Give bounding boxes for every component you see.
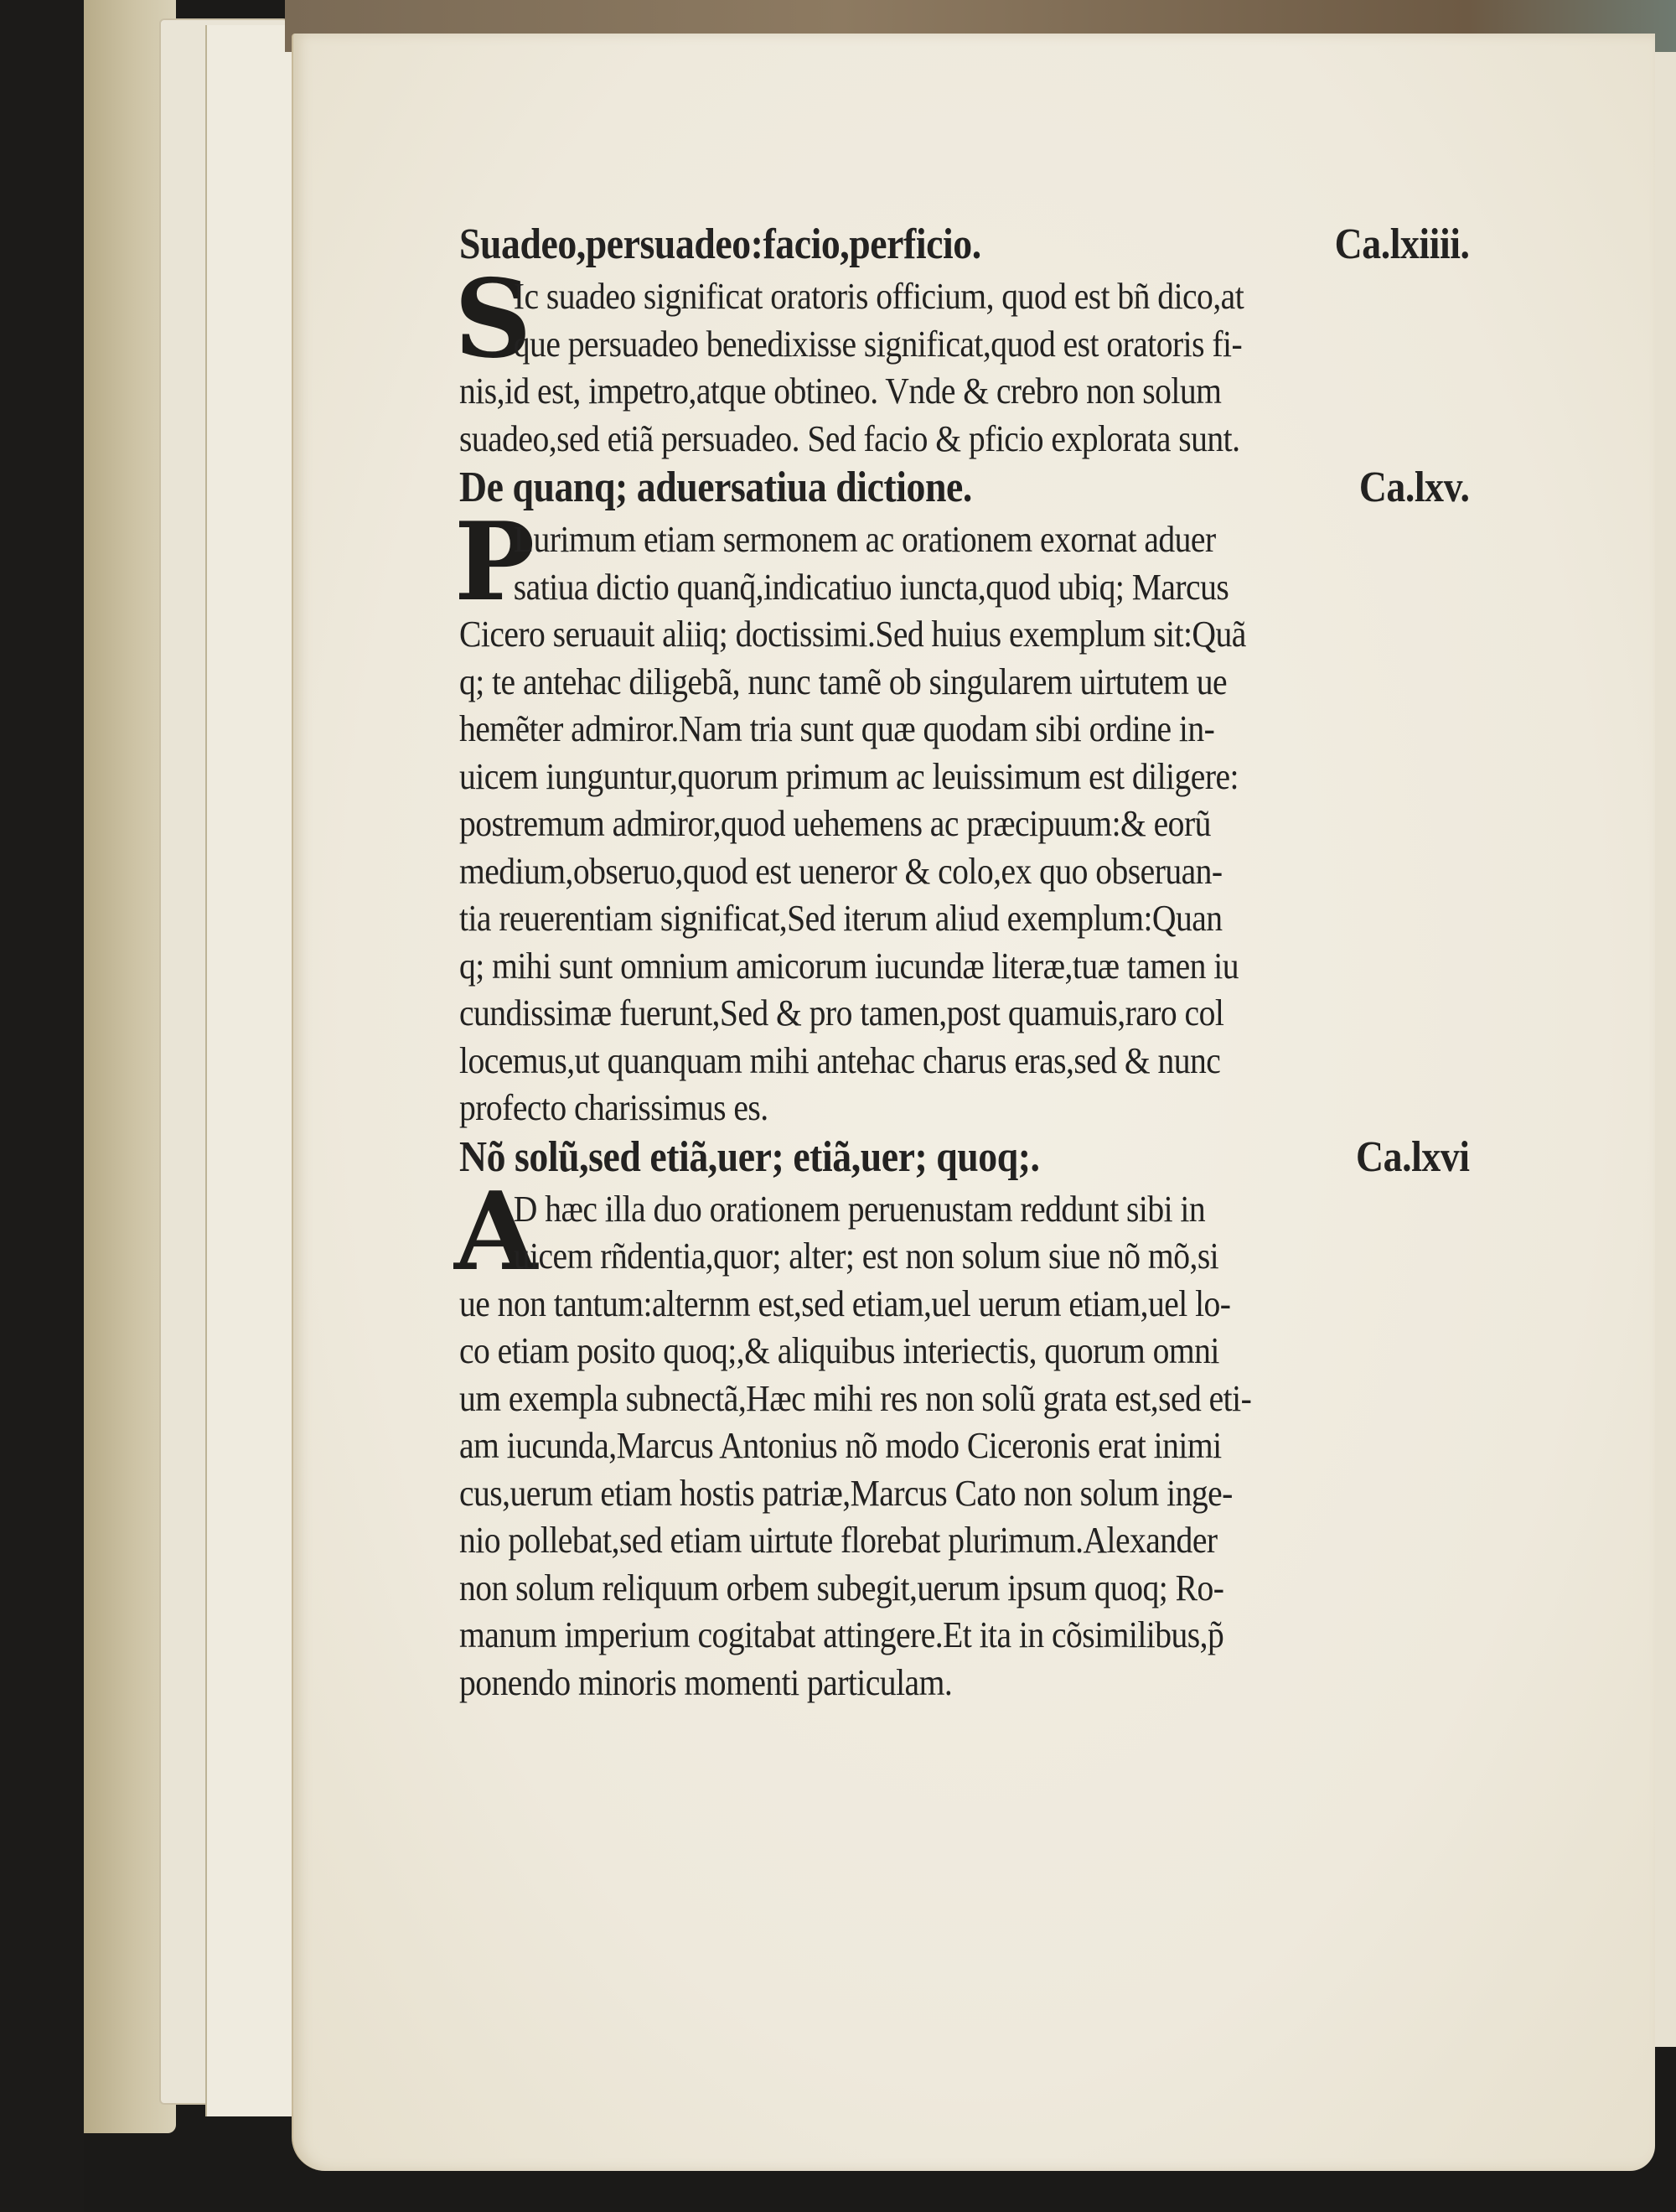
chapter-paragraph: P Lurimum etiam sermonem ac orationem ex… — [459, 516, 1490, 1132]
text-line: medium,obseruo,quod est ueneror & colo,e… — [459, 848, 1387, 896]
text-line: co etiam posito quoq;,& aliquibus interi… — [459, 1328, 1387, 1375]
text-line: locemus,ut quanquam mihi antehac charus … — [459, 1038, 1387, 1085]
chapter-title: De quanq; aduersatiua dictione. — [459, 463, 972, 513]
chapter-title: Nõ solũ,sed etiã,uer; etiã,uer; quoq;. — [459, 1132, 1040, 1183]
chapter-title: Suadeo,persuadeo:facio,perficio. — [459, 220, 981, 270]
text-line: D hæc illa duo orationem peruenustam red… — [459, 1186, 1387, 1234]
chapter-heading: Suadeo,persuadeo:facio,perficio. Ca.lxii… — [459, 220, 1484, 273]
text-line: q; mihi sunt omnium amicorum iucundæ lit… — [459, 943, 1387, 991]
chapter-heading: De quanq; aduersatiua dictione. Ca.lxv. — [459, 463, 1484, 516]
chapter-number: Ca.lxv. — [1359, 463, 1484, 513]
text-line: nis,id est, impetro,atque obtineo. Vnde … — [459, 368, 1387, 416]
facing-page-edge — [1653, 52, 1676, 2047]
text-line: ue non tantum:alternm est,sed etiam,uel … — [459, 1281, 1387, 1329]
text-line: cundissimæ fuerunt,Sed & pro tamen,post … — [459, 990, 1387, 1038]
chapter-number: Ca.lxiiii. — [1335, 220, 1484, 270]
text-line: que persuadeo benedixisse significat,quo… — [459, 321, 1387, 369]
chapter-paragraph: A D hæc illa duo orationem peruenustam r… — [459, 1186, 1490, 1707]
text-line: postremum admiror,quod uehemens ac præci… — [459, 800, 1387, 848]
text-line: uicem iunguntur,quorum primum ac leuissi… — [459, 754, 1387, 801]
chapter-paragraph: S Ic suadeo significat oratoris officium… — [459, 273, 1490, 463]
chapter-number: Ca.lxvi — [1356, 1132, 1484, 1183]
page-text-block: Suadeo,persuadeo:facio,perficio. Ca.lxii… — [459, 220, 1490, 1707]
text-line: profecto charissimus es. — [459, 1085, 1387, 1132]
dark-background — [0, 0, 84, 2212]
text-line: tia reuerentiam significat,Sed iterum al… — [459, 895, 1387, 943]
text-line: hemẽter admiror.Nam tria sunt quæ quodam… — [459, 706, 1387, 754]
text-line: Lurimum etiam sermonem ac orationem exor… — [459, 516, 1387, 564]
chapter-heading: Nõ solũ,sed etiã,uer; etiã,uer; quoq;. C… — [459, 1132, 1484, 1186]
text-line: q; te antehac diligebã, nunc tamẽ ob sin… — [459, 659, 1387, 707]
text-line: non solum reliquum orbem subegit,uerum i… — [459, 1565, 1387, 1613]
text-line: um exempla subnectã,Hæc mihi res non sol… — [459, 1375, 1387, 1423]
text-line: manum imperium cogitabat attingere.Et it… — [459, 1612, 1387, 1660]
text-line: cus,uerum etiam hostis patriæ,Marcus Cat… — [459, 1470, 1387, 1518]
text-line: uicem rñdentia,quor; alter; est non solu… — [459, 1233, 1387, 1281]
text-line: nio pollebat,sed etiam uirtute florebat … — [459, 1517, 1387, 1565]
text-line: suadeo,sed etiã persuadeo. Sed facio & p… — [459, 416, 1387, 464]
text-line: Ic suadeo significat oratoris officium, … — [459, 273, 1387, 321]
text-line: am iucunda,Marcus Antonius nõ modo Cicer… — [459, 1422, 1387, 1470]
text-line: satiua dictio quanq̃,indicatiuo iuncta,q… — [459, 564, 1387, 612]
text-line: ponendo minoris momenti particulam. — [459, 1660, 1387, 1707]
text-line: Cicero seruauit aliiq; doctissimi.Sed hu… — [459, 611, 1387, 659]
